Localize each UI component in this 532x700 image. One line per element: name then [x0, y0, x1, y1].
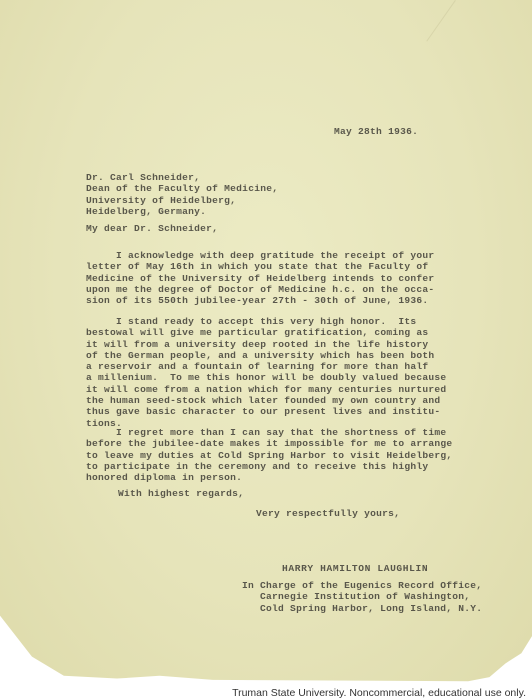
- letter-date: May 28th 1936.: [334, 126, 418, 137]
- watermark: Truman State University. Noncommercial, …: [232, 687, 526, 699]
- signature-name: HARRY HAMILTON LAUGHLIN: [282, 563, 428, 574]
- valediction: Very respectfully yours,: [256, 508, 400, 519]
- signature-title: In Charge of the Eugenics Record Office,…: [242, 580, 482, 614]
- paragraph-2: I stand ready to accept this very high h…: [86, 316, 446, 429]
- closing-regards: With highest regards,: [118, 488, 244, 499]
- paragraph-1: I acknowledge with deep gratitude the re…: [86, 250, 434, 306]
- paragraph-3: I regret more than I can say that the sh…: [86, 427, 452, 483]
- recipient-address: Dr. Carl Schneider, Dean of the Faculty …: [86, 172, 278, 217]
- salutation: My dear Dr. Schneider,: [86, 223, 218, 234]
